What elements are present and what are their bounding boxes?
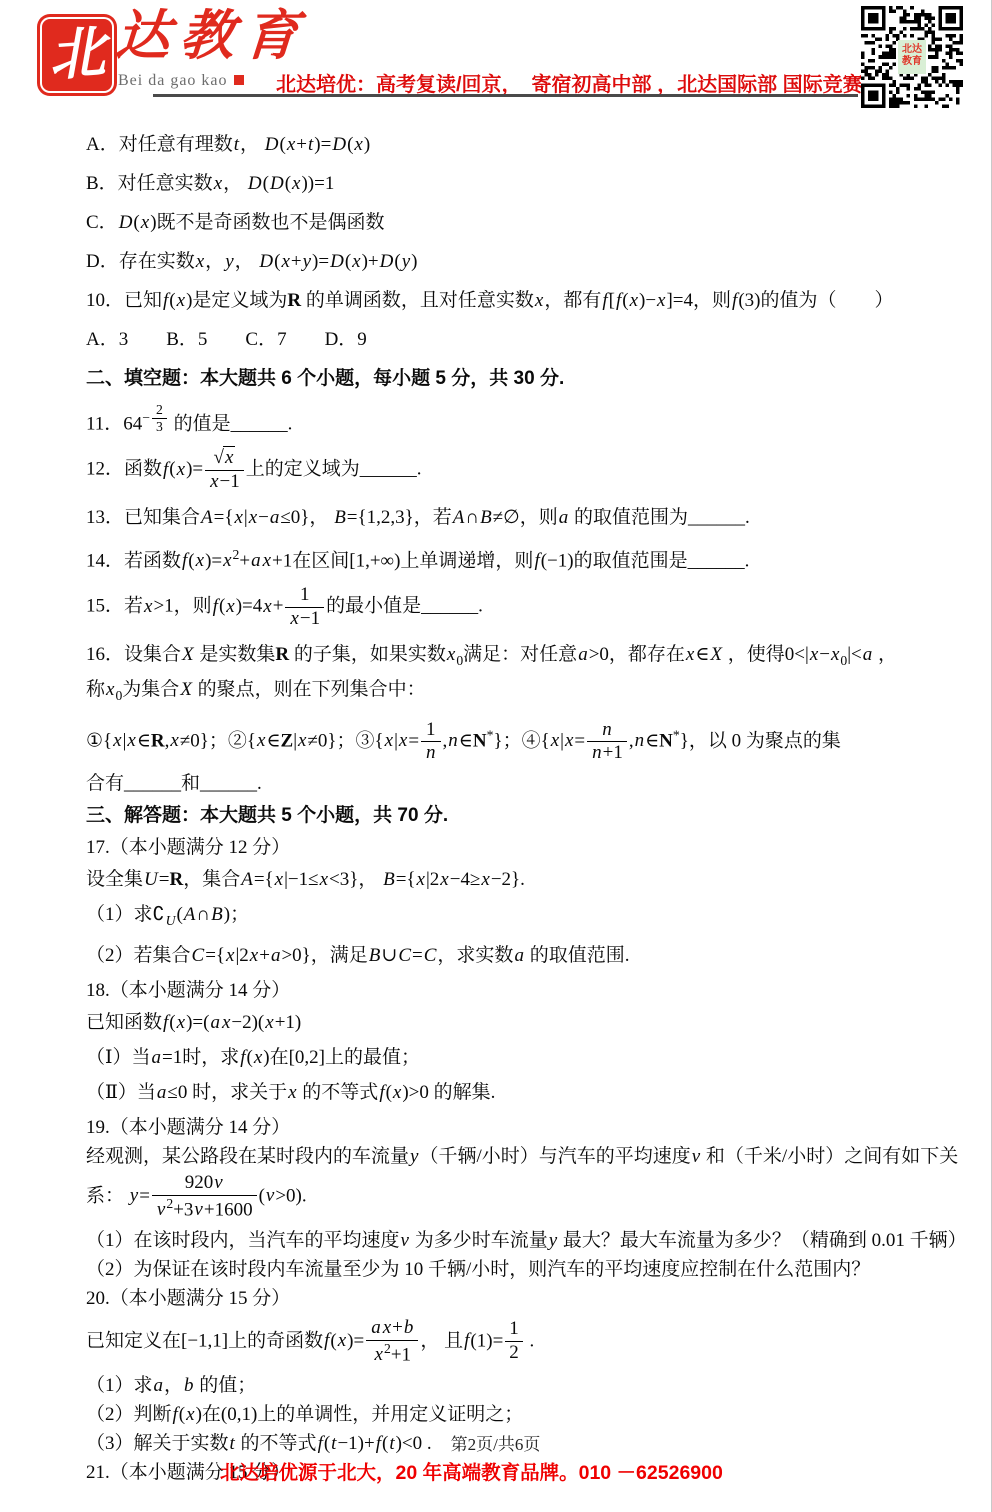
text-line: C．D(x)既不是奇函数也不是偶函数 — [86, 209, 991, 236]
text-line: A．对任意有理数t， D(x+t)=D(x) — [86, 131, 991, 158]
seal-character: 北 — [47, 25, 107, 85]
red-square-icon — [234, 75, 244, 85]
text-line: 三、解答题：本大题共 5 个小题，共 70 分. — [86, 802, 991, 829]
page-header: 北 达教育 Bei da gao kao 北达培优：高考复读/回京， 寄宿初高中… — [0, 0, 991, 130]
text-line: 17.（本小题满分 12 分） — [86, 834, 991, 861]
text-line: 11．64−23 的值是______. — [86, 402, 991, 437]
text-line: 16．设集合X 是实数集R 的子集，如果实数x0满足：对任意a>0，都存在x∈X… — [86, 641, 991, 674]
qr-center-label: 北达教育 — [898, 40, 926, 74]
text-line: 二、填空题：本大题共 6 个小题，每小题 5 分，共 30 分. — [86, 365, 991, 392]
text-line: ①{x|x∈R,x≠0}；②{x∈Z|x≠0}；③{x|x=1n,n∈N*}；④… — [86, 719, 991, 766]
text-line: A．3 B．5 C．7 D．9 — [86, 326, 991, 353]
text-line: 设全集U=R，集合A={x|−1≤x<3}， B={x|2x−4≥x−2}. — [86, 866, 991, 893]
exam-content: A．对任意有理数t， D(x+t)=D(x)B．对任意实数x， D(D(x))=… — [0, 131, 991, 1491]
text-line: （2）为保证在该时段内车流量至少为 10 千辆/小时，则汽车的平均速度应控制在什… — [86, 1256, 991, 1283]
brand-subtitle: Bei da gao kao — [118, 72, 244, 90]
text-line: B．对任意实数x， D(D(x))=1 — [86, 170, 991, 197]
brand-subtitle-text: Bei da gao kao — [118, 72, 228, 89]
text-line: 14．若函数f(x)=x2+ax+1在区间[1,+∞)上单调递增，则f(−1)的… — [86, 541, 991, 574]
text-line: 经观测，某公路段在某时段内的车流量y（千辆/小时）与汽车的平均速度v 和（千米/… — [86, 1143, 991, 1170]
text-line: （2）判断f(x)在(0,1)上的单调性，并用定义证明之； — [86, 1401, 991, 1428]
text-line: 21.（本小题满分 15 分）北达培优源于北大，20 年高端教育品牌。010 －… — [86, 1459, 991, 1486]
text-line: （Ⅱ）当a≤0 时，求关于x 的不等式f(x)>0 的解集. — [86, 1079, 991, 1106]
text-line: 12．函数f(x)=√xx−1上的定义域为______. — [86, 447, 991, 494]
brand-name: 达教育 — [114, 4, 311, 69]
watermark-text: 北达培优源于北大，20 年高端教育品牌。010 －62526900 — [220, 1460, 723, 1487]
text-line: 合有______和______. — [86, 770, 991, 797]
text-line: 18.（本小题满分 14 分） — [86, 977, 991, 1004]
text-line: （1）在该时段内，当汽车的平均速度v 为多少时车流量y 最大？最大车流量为多少？… — [86, 1227, 991, 1254]
text-line: 已知定义在[−1,1]上的奇函数f(x)=ax+bx2+1， 且f(1)=12 … — [86, 1317, 991, 1367]
page-footer: 第2页/共6页 — [0, 1430, 991, 1455]
brand-seal-logo: 北 — [40, 17, 114, 93]
text-line: 19.（本小题满分 14 分） — [86, 1114, 991, 1141]
text-line: 系： y=920vv2+3v+1600(v>0). — [86, 1172, 991, 1222]
text-line: 13．已知集合A={x|x−a≤0}， B={1,2,3}，若A∩B≠∅，则a … — [86, 504, 991, 531]
text-line: 10．已知f(x)是定义域为R 的单调函数，且对任意实数x，都有f[f(x)−x… — [86, 287, 991, 314]
text-line: （1）求∁U(A∩B)； — [86, 901, 991, 934]
text-line: （1）求a，b 的值； — [86, 1372, 991, 1399]
text-line: 15．若x>1，则f(x)=4x+1x−1的最小值是______. — [86, 584, 991, 631]
qr-code: 北达教育 — [861, 6, 963, 108]
text-line: （Ⅰ）当a=1时，求f(x)在[0,2]上的最值； — [86, 1044, 991, 1071]
exam-page: 北 达教育 Bei da gao kao 北达培优：高考复读/回京， 寄宿初高中… — [0, 0, 992, 1512]
text-line: 20.（本小题满分 15 分） — [86, 1285, 991, 1312]
header-divider — [153, 94, 858, 97]
header-slogan: 北达培优：高考复读/回京， 寄宿初高中部 ，北达国际部 国际竞赛部 — [276, 68, 866, 97]
text-line: D．存在实数x，y， D(x+y)=D(x)+D(y) — [86, 248, 991, 275]
text-line: 称x0为集合X 的聚点，则在下列集合中： — [86, 676, 991, 709]
text-line: 已知函数f(x)=(ax−2)(x+1) — [86, 1009, 991, 1036]
text-line: （2）若集合C={x|2x+a>0}，满足B∪C=C，求实数a 的取值范围. — [86, 942, 991, 969]
